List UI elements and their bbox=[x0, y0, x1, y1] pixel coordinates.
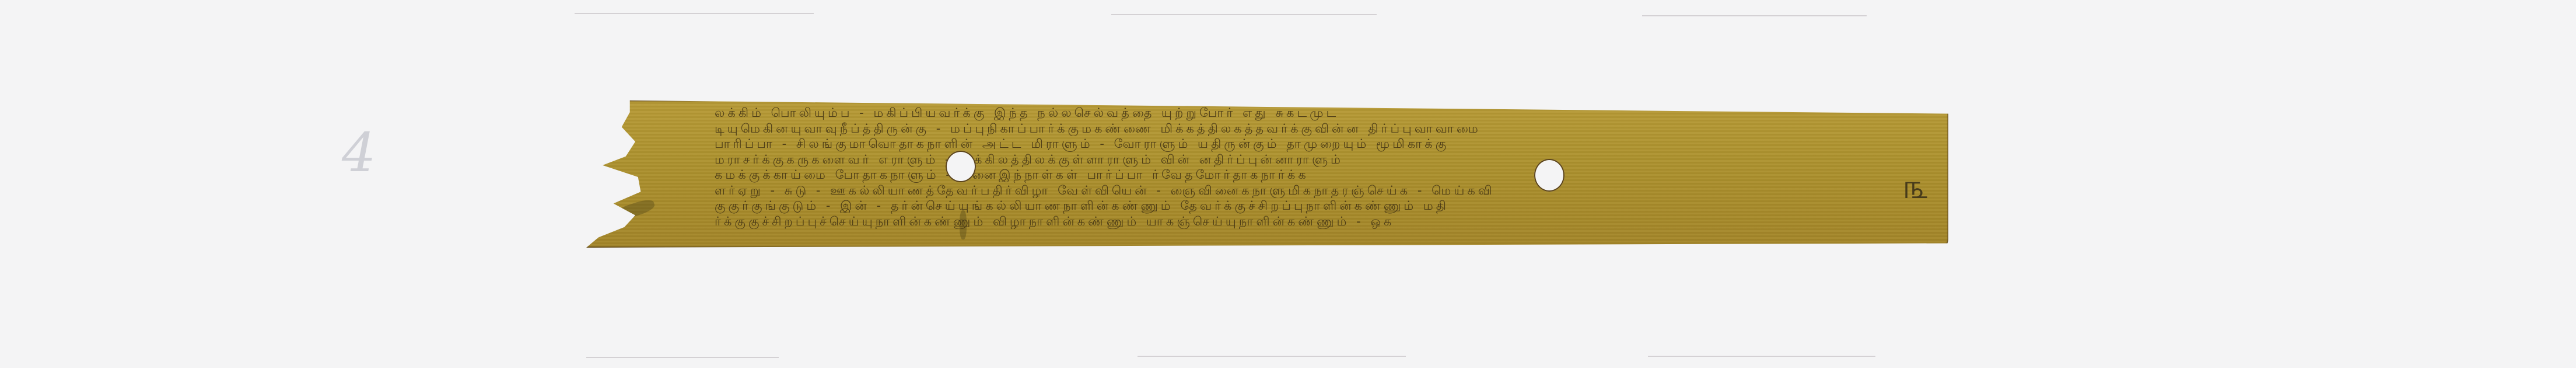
text-line: குகுர்குங்குடும் - இன் - தர்ன்செய்யுங்கல… bbox=[715, 198, 1838, 214]
scale-line-bottom-3 bbox=[1648, 356, 1875, 357]
palm-leaf-manuscript: லக்கிம் பொலியும்ப - மகிப்பியவர்க்கு இந்த… bbox=[586, 100, 1948, 248]
text-line: மராசர்க்குகருகளைவர் எராளும் - மிக்கிலத்த… bbox=[715, 152, 1838, 168]
string-hole-left bbox=[946, 151, 976, 182]
text-line: டியுமெகினயுவாவுநீப்த்திருன்கு - மப்புநிக… bbox=[715, 121, 1838, 137]
string-hole-right bbox=[1534, 159, 1564, 192]
text-line: ளர்ஏறு - சுடு - ஊகல்லியாணத்தேவர்பதிர்விழ… bbox=[715, 183, 1838, 199]
page-number: 4 bbox=[342, 125, 380, 181]
stain bbox=[613, 197, 656, 223]
scale-line-top-3 bbox=[1642, 15, 1867, 16]
scale-line-top-2 bbox=[1111, 14, 1377, 15]
text-line: பாரிப்பா - சிலங்குமாவொதாகநாளின் அட்ட மிர… bbox=[715, 136, 1838, 152]
folio-mark: ௩ bbox=[1896, 166, 1937, 207]
text-line: கமக்குக்காய்மை போதாகநாளும் - எனைஇந்நாள்க… bbox=[715, 167, 1838, 183]
scale-line-bottom-1 bbox=[586, 357, 779, 358]
scale-line-top-1 bbox=[575, 13, 814, 14]
scale-line-bottom-2 bbox=[1137, 356, 1406, 357]
text-line: ர்க்குகுச்சிறப்புச்செய்யுநாளின்கண்ணும் வ… bbox=[715, 214, 1838, 230]
text-line: லக்கிம் பொலியும்ப - மகிப்பியவர்க்கு இந்த… bbox=[715, 105, 1838, 121]
manuscript-text: லக்கிம் பொலியும்ப - மகிப்பியவர்க்கு இந்த… bbox=[715, 105, 1838, 229]
